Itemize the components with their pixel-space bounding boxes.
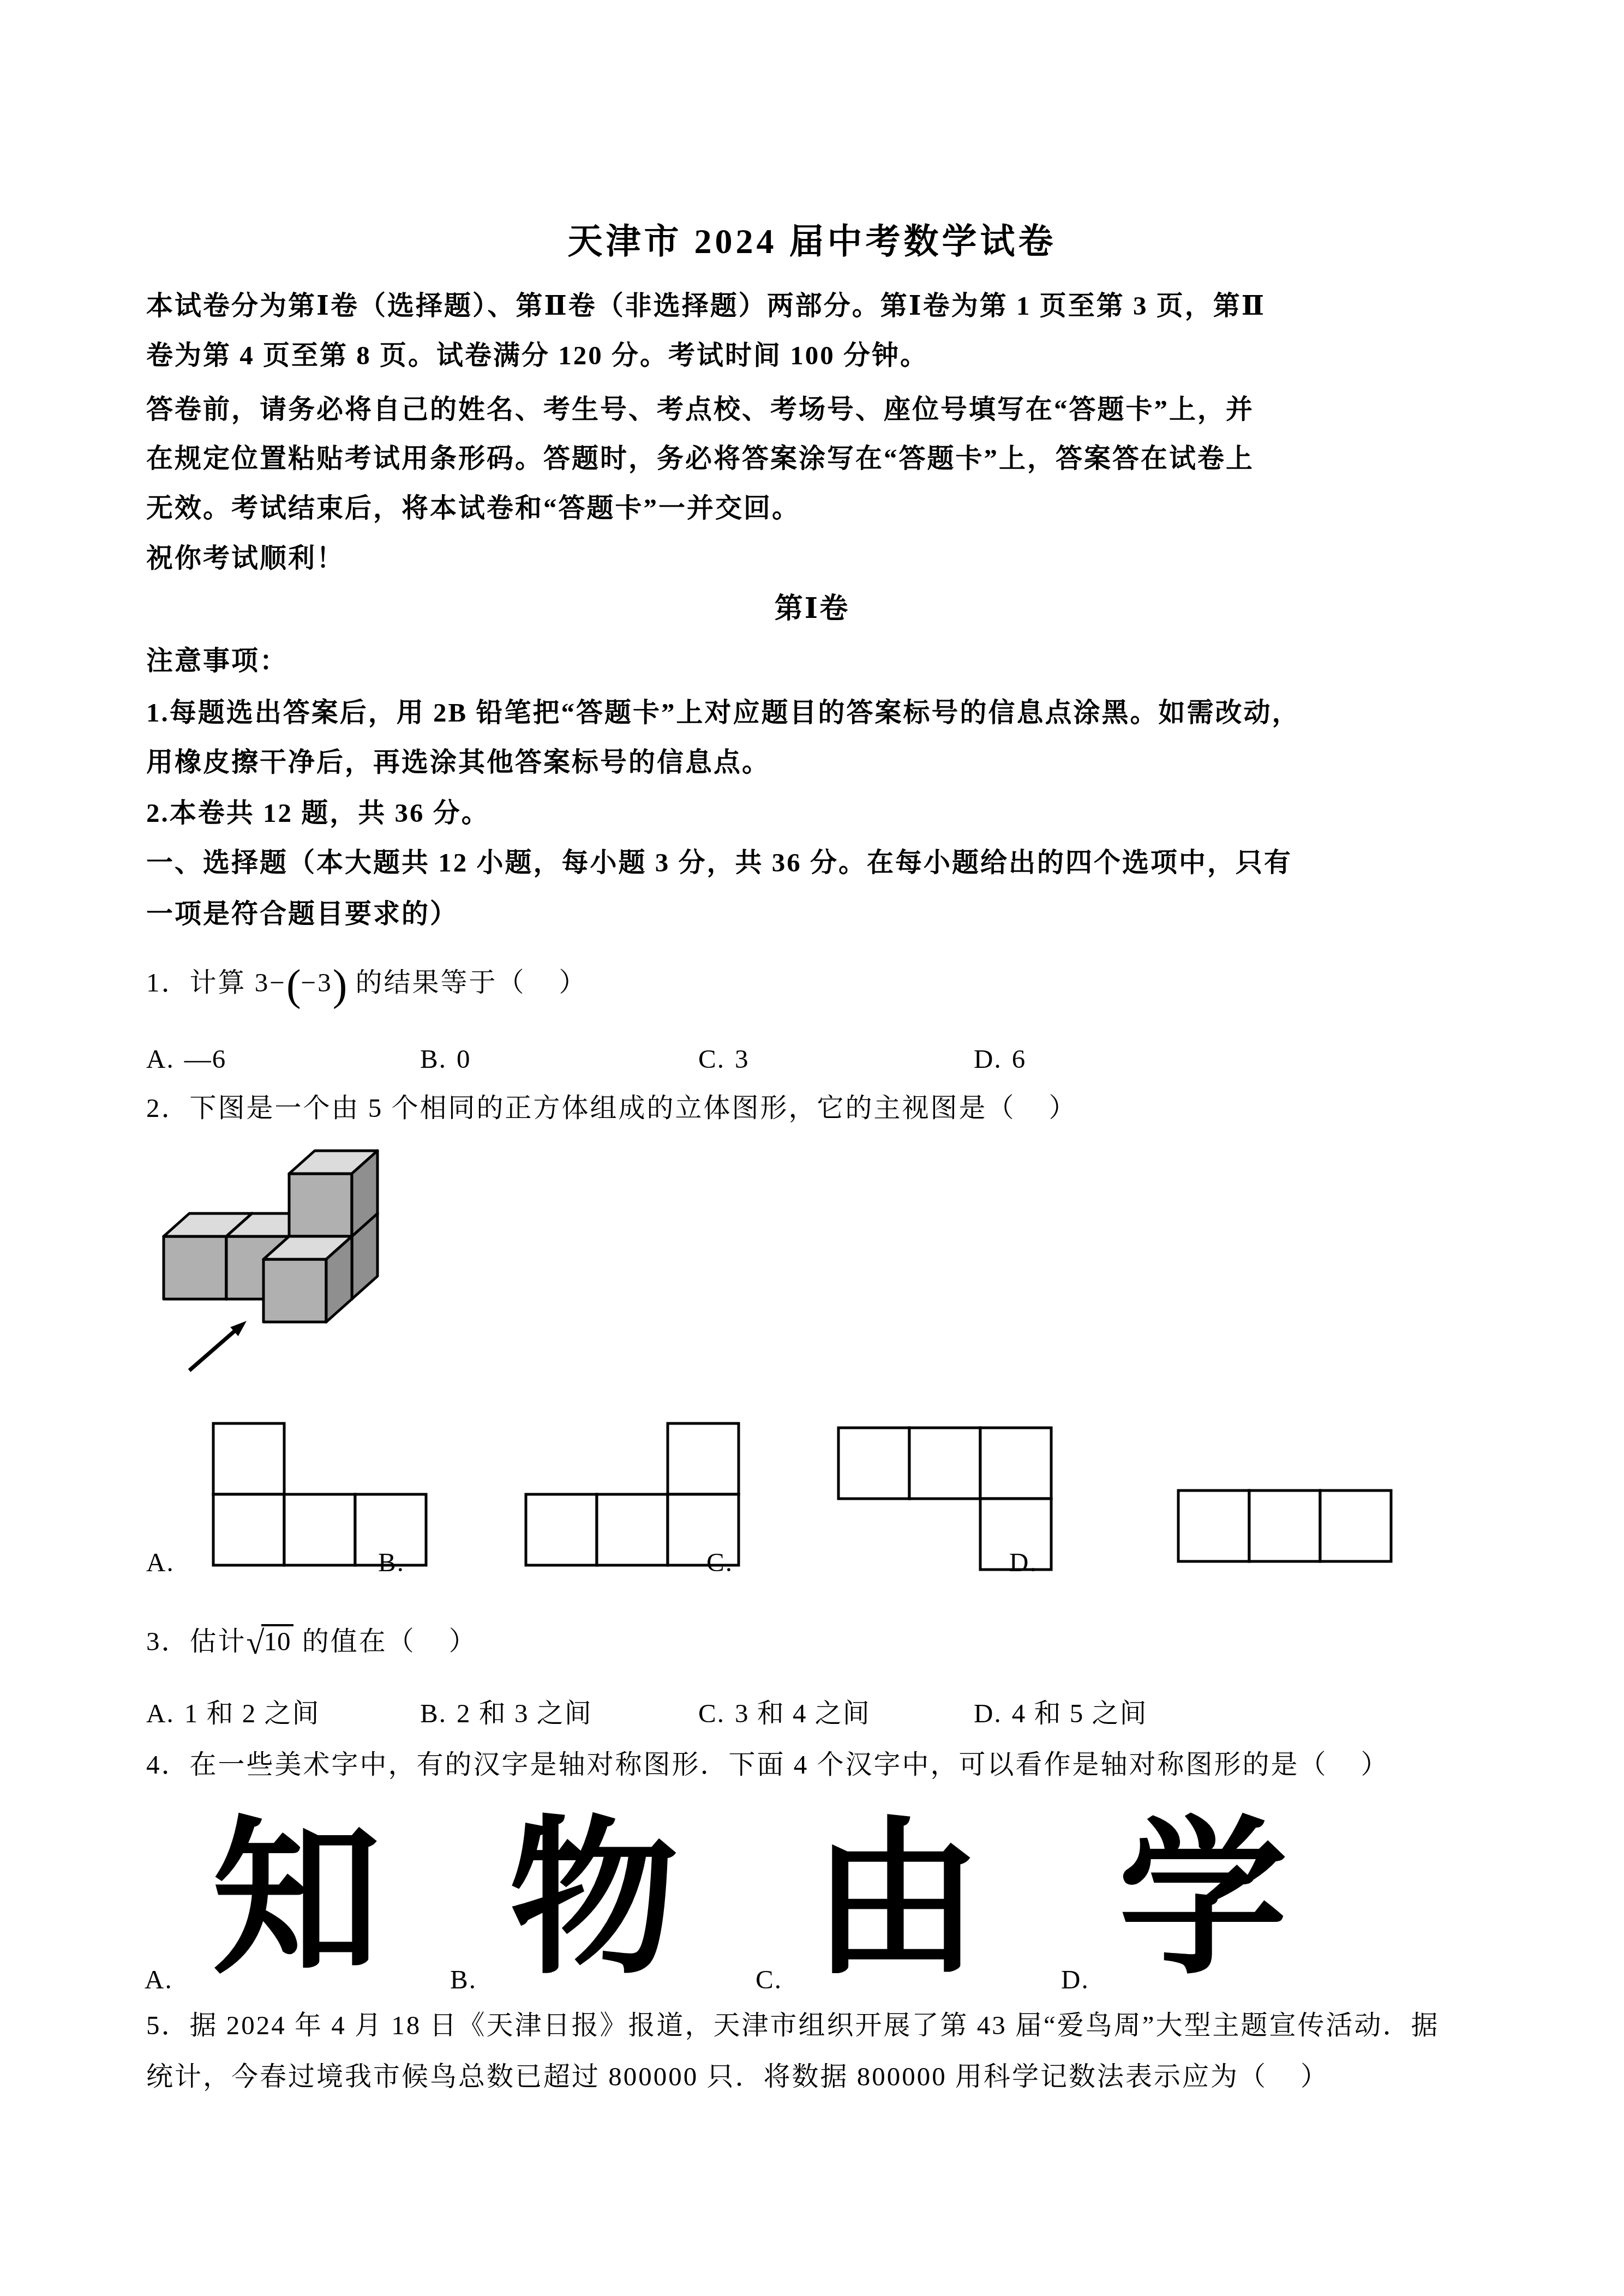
option-label: C. [698,1044,725,1074]
q3-tail: 的值在（ ） [293,1626,477,1656]
q4-option-c-label: C. [756,1962,782,1997]
view-option-figure-a [213,1423,426,1565]
intro-line: 本试卷分为第Ⅰ卷（选择题）、第Ⅱ卷（非选择题）两部分。第Ⅰ卷为第 1 页至第 3… [146,288,1266,323]
q4-art-char-a: 知 [212,1813,381,1985]
q1-option-d: D.6 [974,1042,1026,1077]
q3-pre: 3．估计 [146,1626,247,1656]
q4-option-b-label: B. [450,1962,477,1997]
option-value: 1 和 2 之间 [184,1698,320,1728]
question-5-text-line: 5．据 2024 年 4 月 18 日《天津日报》报道，天津市组织开展了第 43… [146,2008,1440,2043]
notes-heading: 注意事项： [146,644,288,678]
option-value: 3 [735,1044,750,1074]
question-1-text: 1．计算 3−(−3) 的结果等于（ ） [146,965,588,1003]
section-heading-line: 一项是符合题目要求的） [146,897,458,931]
q4-art-char-b: 物 [509,1813,678,1985]
exam-paper-page: 天津市 2024 届中考数学试卷 本试卷分为第Ⅰ卷（选择题）、第Ⅱ卷（非选择题）… [0,0,1624,2296]
q2-option-b-label: B. [378,1545,405,1580]
option-value: —6 [184,1044,227,1074]
radicand: 10 [261,1624,293,1656]
view-direction-arrow [189,1321,247,1371]
intro-line: 在规定位置粘贴考试用条形码。答题时，务必将答案涂写在“答题卡”上，答案答在试卷上 [146,441,1254,476]
question-4-text: 4．在一些美术字中，有的汉字是轴对称图形．下面 4 个汉字中，可以看作是轴对称图… [146,1747,1389,1782]
option-label: D. [974,1698,1002,1728]
option-value: 0 [457,1044,471,1074]
option-label: B. [420,1698,447,1728]
q2-option-a-label: A. [146,1545,175,1580]
option-value: 6 [1012,1044,1027,1074]
q4-option-labels-row: A. B. C. D. [0,1962,1624,2002]
q4-option-d-label: D. [1061,1962,1089,1997]
view-option-figure-b [526,1423,739,1565]
q2-option-c-label: C. [706,1545,733,1580]
q3-options-row: A.1 和 2 之间 B.2 和 3 之间 C.3 和 4 之间 D.4 和 5… [0,1696,1624,1735]
q1-option-b: B.0 [420,1042,471,1077]
intro-line: 答卷前，请务必将自己的姓名、考生号、考点校、考场号、座位号填写在“答题卡”上，并 [146,392,1254,427]
intro-greeting: 祝你考试顺利！ [146,541,345,576]
question-2-text: 2．下图是一个由 5 个相同的正方体组成的立体图形，它的主视图是（ ） [146,1091,1077,1126]
option-value: 2 和 3 之间 [457,1698,592,1728]
q1-tail: 的结果等于（ ） [347,967,587,997]
q1-option-a: A.—6 [146,1042,226,1077]
q1-option-c: C.3 [698,1042,749,1077]
option-label: D. [974,1044,1002,1074]
question-5-text-line: 统计，今春过境我市候鸟总数已超过 800000 只．将数据 800000 用科学… [146,2059,1329,2094]
section-heading-line: 一、选择题（本大题共 12 小题，每小题 3 分，共 36 分。在每小题给出的四… [146,845,1292,880]
q2-option-labels-row: A. B. C. D. [0,1545,1624,1584]
q3-option-d: D.4 和 5 之间 [974,1696,1147,1731]
q1-big-paren-close: ) [333,961,347,1009]
option-label: A. [146,1698,175,1728]
note-line: 2.本卷共 12 题，共 36 分。 [146,796,490,831]
intro-line: 无效。考试结束后，将本试卷和“答题卡”一并交回。 [146,491,800,526]
q4-art-char-c: 由 [812,1813,981,1985]
question-3-text: 3．估计√10 的值在（ ） [146,1624,477,1660]
note-line: 用橡皮擦干净后，再选涂其他答案标号的信息点。 [146,745,770,780]
q4-option-a-label: A. [145,1962,173,1997]
q3-option-b: B.2 和 3 之间 [420,1696,592,1731]
option-value: 3 和 4 之间 [735,1698,871,1728]
page-title: 天津市 2024 届中考数学试卷 [0,218,1624,265]
option-value: 4 和 5 之间 [1012,1698,1148,1728]
q2-option-d-label: D. [1009,1545,1038,1580]
q1-options-row: A.—6 B.0 C.3 D.6 [0,1042,1624,1081]
part1-heading: 第Ⅰ卷 [0,592,1624,627]
q4-art-char-d: 学 [1118,1813,1287,1985]
option-label: C. [698,1698,725,1728]
option-label: B. [420,1044,447,1074]
q1-inner: −3 [301,967,333,997]
q3-option-c: C.3 和 4 之间 [698,1696,871,1731]
q1-pre: 1．计算 3− [146,967,286,997]
intro-line: 卷为第 4 页至第 8 页。试卷满分 120 分。考试时间 100 分钟。 [146,338,928,373]
q1-big-paren-open: ( [286,961,301,1009]
cube-solid-figure [153,1132,436,1393]
q3-option-a: A.1 和 2 之间 [146,1696,320,1731]
option-label: A. [146,1044,175,1074]
note-line: 1.每题选出答案后，用 2B 铅笔把“答题卡”上对应题目的答案标号的信息点涂黑。… [146,695,1300,730]
